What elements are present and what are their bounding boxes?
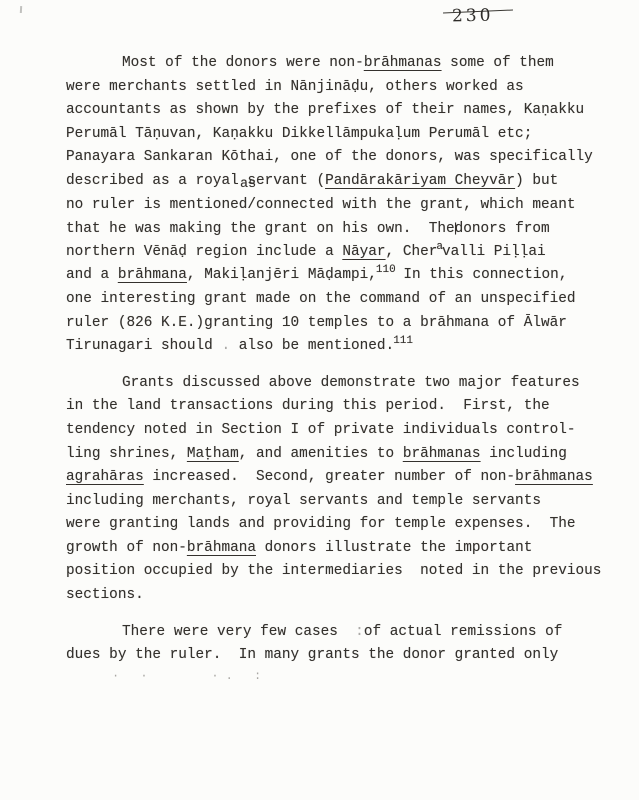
text-segment: In this connection, bbox=[395, 267, 568, 283]
typewritten-line: were granting lands and providing for te… bbox=[66, 513, 611, 537]
text-segment: agrahāras bbox=[66, 469, 144, 485]
typewritten-line: northern Vēnāḍ region include a Nāyar, C… bbox=[66, 241, 611, 265]
typewritten-line: accountants as shown by the prefixes of … bbox=[66, 99, 611, 123]
text-segment: a bbox=[436, 236, 443, 260]
text-segment: described as a royal servant ( bbox=[66, 173, 325, 189]
typewritten-line: tendency noted in Section I of private i… bbox=[66, 419, 611, 443]
text-segment: increased. Second, greater number of non… bbox=[144, 469, 515, 485]
typewritten-text: Most of the donors were non-brāhmanas so… bbox=[66, 52, 611, 668]
text-segment: Perumāl Tāṇuvan, Kaṇakku Dikkellāmpukaḷu… bbox=[66, 126, 532, 142]
typewritten-line: Tirunagari should . also be mentioned.11… bbox=[66, 335, 611, 359]
text-segment: Tirunagari should bbox=[66, 338, 213, 354]
text-segment: tendency noted in Section I of private i… bbox=[66, 422, 576, 438]
text-segment: Grants discussed above demonstrate two m… bbox=[122, 375, 580, 391]
text-segment: were granting lands and providing for te… bbox=[66, 516, 576, 532]
typewritten-line: There were very few cases :of actual rem… bbox=[66, 621, 611, 645]
text-segment: brāhmanas bbox=[515, 469, 593, 485]
typewritten-line: dues by the ruler. In many grants the do… bbox=[66, 644, 611, 668]
typewritten-line: Perumāl Tāṇuvan, Kaṇakku Dikkellāmpukaḷu… bbox=[66, 123, 611, 147]
typewritten-line: growth of non-brāhmana donors illustrate… bbox=[66, 537, 611, 561]
text-segment: brāhmanas bbox=[403, 446, 481, 462]
scan-artifact-speck bbox=[20, 6, 22, 13]
text-segment: There were very few cases bbox=[122, 624, 347, 640]
text-segment: Nāyar bbox=[342, 244, 385, 260]
text-segment: , Makiḷanjēri Māḍampi, bbox=[187, 267, 377, 283]
text-segment: brāhmanas bbox=[364, 55, 442, 71]
text-segment: dues by the ruler. In many grants the do… bbox=[66, 647, 558, 663]
text-segment: donors from bbox=[455, 221, 550, 237]
text-segment: and a bbox=[66, 267, 118, 283]
text-segment: growth of non- bbox=[66, 540, 187, 556]
typewritten-line: position occupied by the intermediaries … bbox=[66, 560, 611, 584]
text-segment: that he was making the grant on his own.… bbox=[66, 221, 455, 237]
typewritten-line: Panayara Sankaran Kōthai, one of the don… bbox=[66, 146, 611, 170]
typewritten-line: one interesting grant made on the comman… bbox=[66, 288, 611, 312]
text-segment: one interesting grant made on the comman… bbox=[66, 291, 576, 307]
inserted-word-text: as bbox=[240, 173, 256, 197]
text-segment: northern Vēnāḍ region include a bbox=[66, 244, 342, 260]
text-segment: valli Piḷḷai bbox=[442, 244, 546, 260]
text-segment: sections. bbox=[66, 587, 144, 603]
text-segment: donors illustrate the important bbox=[256, 540, 532, 556]
text-segment: Most of the donors were non- bbox=[122, 55, 364, 71]
text-segment: no ruler is mentioned/ bbox=[66, 197, 256, 213]
scanned-document-page: 230 Most of the donors were non-brāhmana… bbox=[0, 0, 639, 800]
typewritten-line: no ruler is mentioned/asconnected with t… bbox=[66, 194, 611, 218]
paragraph: There were very few cases :of actual rem… bbox=[66, 621, 611, 668]
text-segment: brāhmana bbox=[187, 540, 256, 556]
text-segment: also be mentioned. bbox=[230, 338, 394, 354]
footnote-ref: 110 bbox=[376, 259, 396, 283]
text-segment: : bbox=[347, 624, 364, 640]
typewritten-line: Grants discussed above demonstrate two m… bbox=[66, 372, 611, 396]
typewritten-line: and a brāhmana, Makiḷanjēri Māḍampi,110 … bbox=[66, 264, 611, 288]
text-segment: position occupied by the intermediaries … bbox=[66, 563, 601, 579]
paragraph: Grants discussed above demonstrate two m… bbox=[66, 372, 611, 608]
text-segment: accountants as shown by the prefixes of … bbox=[66, 102, 584, 118]
text-segment: Maṭham bbox=[187, 446, 239, 462]
typewritten-line: Most of the donors were non-brāhmanas so… bbox=[66, 52, 611, 76]
text-segment: were merchants settled in Nānjināḍu, oth… bbox=[66, 79, 524, 95]
text-segment: , Cher bbox=[386, 244, 438, 260]
text-segment: including bbox=[481, 446, 567, 462]
text-segment: , and amenities to bbox=[239, 446, 403, 462]
text-segment: . bbox=[213, 338, 230, 354]
faint-bottom-marks: · · ·. : bbox=[112, 669, 268, 683]
page-number: 230 bbox=[452, 6, 494, 27]
text-segment: Pandārakāriyam Cheyvār bbox=[325, 173, 515, 189]
typewritten-line: described as a royal servant (Pandārakār… bbox=[66, 170, 611, 194]
text-segment: ling shrines, bbox=[66, 446, 187, 462]
text-segment: including merchants, royal servants and … bbox=[66, 493, 541, 509]
typewritten-line: in the land transactions during this per… bbox=[66, 395, 611, 419]
typewritten-line: that he was making the grant on his own.… bbox=[66, 217, 611, 241]
text-segment: Panayara Sankaran Kōthai, one of the don… bbox=[66, 149, 593, 165]
footnote-ref: 111 bbox=[393, 330, 413, 354]
text-segment: ) but bbox=[515, 173, 558, 189]
text-segment: in the land transactions during this per… bbox=[66, 398, 550, 414]
typewritten-line: including merchants, royal servants and … bbox=[66, 490, 611, 514]
text-segment: brāhmana bbox=[118, 267, 187, 283]
text-segment: connected with the grant, which meant bbox=[256, 197, 576, 213]
text-segment: ruler (826 K.E.)granting 10 temples to a… bbox=[66, 315, 567, 331]
typewritten-line: were merchants settled in Nānjināḍu, oth… bbox=[66, 76, 611, 100]
text-segment: of actual remissions of bbox=[364, 624, 563, 640]
text-segment: some of them bbox=[442, 55, 554, 71]
typewritten-line: sections. bbox=[66, 584, 611, 608]
typewritten-line: ruler (826 K.E.)granting 10 temples to a… bbox=[66, 312, 611, 336]
paragraph: Most of the donors were non-brāhmanas so… bbox=[66, 52, 611, 359]
typewritten-line: ling shrines, Maṭham, and amenities to b… bbox=[66, 443, 611, 467]
typewritten-line: agrahāras increased. Second, greater num… bbox=[66, 466, 611, 490]
